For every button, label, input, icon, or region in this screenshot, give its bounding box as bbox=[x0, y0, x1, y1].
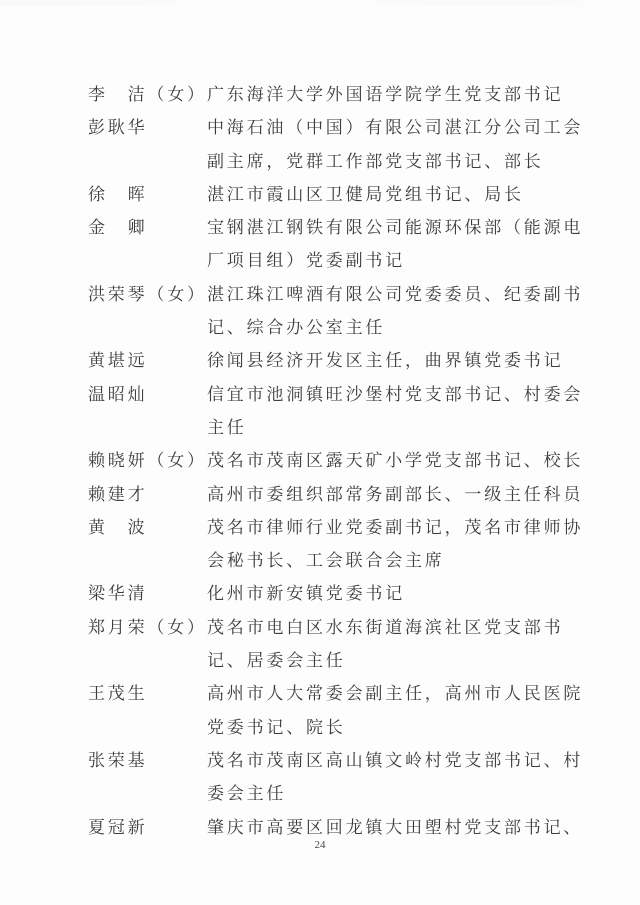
entry-description: 茂名市茂南区露天矿小学党支部书记、校长 bbox=[207, 444, 598, 477]
entry-name: 张荣基 bbox=[88, 744, 207, 777]
entry-name: 黄 波 bbox=[88, 511, 207, 544]
roster-row: 郑月荣（女） 茂名市电白区水东街道海滨社区党支部书 记、居委会主任 bbox=[88, 611, 598, 678]
roster-row: 王茂生 高州市人大常委会副主任，高州市人民医院 党委书记、院长 bbox=[88, 677, 598, 744]
entry-name: 郑月荣（女） bbox=[88, 611, 207, 644]
entry-description: 信宜市池洞镇旺沙堡村党支部书记、村委会 主任 bbox=[207, 378, 598, 445]
entry-name: 李 洁（女） bbox=[88, 78, 207, 111]
roster-row: 黄堪远 徐闻县经济开发区主任，曲界镇党委书记 bbox=[88, 344, 598, 377]
scan-edge-artifact bbox=[0, 0, 640, 6]
roster-row: 黄 波 茂名市律师行业党委副书记，茂名市律师协 会秘书长、工会联合会主席 bbox=[88, 511, 598, 578]
entry-description: 宝钢湛江钢铁有限公司能源环保部（能源电 厂项目组）党委副书记 bbox=[207, 211, 598, 278]
entry-description: 茂名市电白区水东街道海滨社区党支部书 记、居委会主任 bbox=[207, 611, 598, 678]
entry-name: 徐 晖 bbox=[88, 178, 207, 211]
page-number: 24 bbox=[0, 838, 640, 852]
roster-row: 梁华清 化州市新安镇党委书记 bbox=[88, 577, 598, 610]
entry-name: 黄堪远 bbox=[88, 344, 207, 377]
entry-name: 金 卿 bbox=[88, 211, 207, 244]
entry-description: 茂名市茂南区高山镇文岭村党支部书记、村 委会主任 bbox=[207, 744, 598, 811]
roster-row: 赖建才 高州市委组织部常务副部长、一级主任科员 bbox=[88, 478, 598, 511]
entry-description: 湛江珠江啤酒有限公司党委委员、纪委副书 记、综合办公室主任 bbox=[207, 278, 598, 345]
entry-name: 彭耿华 bbox=[88, 111, 207, 144]
entry-description: 徐闻县经济开发区主任，曲界镇党委书记 bbox=[207, 344, 598, 377]
entry-name: 梁华清 bbox=[88, 577, 207, 610]
roster-row: 彭耿华 中海石油（中国）有限公司湛江分公司工会 副主席，党群工作部党支部书记、部… bbox=[88, 111, 598, 178]
roster-row: 赖晓妍（女） 茂名市茂南区露天矿小学党支部书记、校长 bbox=[88, 444, 598, 477]
entry-description: 高州市人大常委会副主任，高州市人民医院 党委书记、院长 bbox=[207, 677, 598, 744]
entry-description: 广东海洋大学外国语学院学生党支部书记 bbox=[207, 78, 598, 111]
entry-description: 茂名市律师行业党委副书记，茂名市律师协 会秘书长、工会联合会主席 bbox=[207, 511, 598, 578]
document-page: 李 洁（女） 广东海洋大学外国语学院学生党支部书记 彭耿华 中海石油（中国）有限… bbox=[0, 0, 640, 905]
roster-row: 温昭灿 信宜市池洞镇旺沙堡村党支部书记、村委会 主任 bbox=[88, 378, 598, 445]
roster-row: 徐 晖 湛江市霞山区卫健局党组书记、局长 bbox=[88, 178, 598, 211]
entry-description: 中海石油（中国）有限公司湛江分公司工会 副主席，党群工作部党支部书记、部长 bbox=[207, 111, 598, 178]
entry-name: 王茂生 bbox=[88, 677, 207, 710]
roster-row: 李 洁（女） 广东海洋大学外国语学院学生党支部书记 bbox=[88, 78, 598, 111]
entry-description: 化州市新安镇党委书记 bbox=[207, 577, 598, 610]
entry-description: 湛江市霞山区卫健局党组书记、局长 bbox=[207, 178, 598, 211]
roster-list: 李 洁（女） 广东海洋大学外国语学院学生党支部书记 彭耿华 中海石油（中国）有限… bbox=[88, 78, 598, 844]
entry-name: 赖晓妍（女） bbox=[88, 444, 207, 477]
entry-name: 温昭灿 bbox=[88, 378, 207, 411]
roster-row: 洪荣琴（女） 湛江珠江啤酒有限公司党委委员、纪委副书 记、综合办公室主任 bbox=[88, 278, 598, 345]
roster-row: 张荣基 茂名市茂南区高山镇文岭村党支部书记、村 委会主任 bbox=[88, 744, 598, 811]
entry-name: 赖建才 bbox=[88, 478, 207, 511]
entry-name: 洪荣琴（女） bbox=[88, 278, 207, 311]
roster-row: 金 卿 宝钢湛江钢铁有限公司能源环保部（能源电 厂项目组）党委副书记 bbox=[88, 211, 598, 278]
entry-description: 高州市委组织部常务副部长、一级主任科员 bbox=[207, 478, 598, 511]
